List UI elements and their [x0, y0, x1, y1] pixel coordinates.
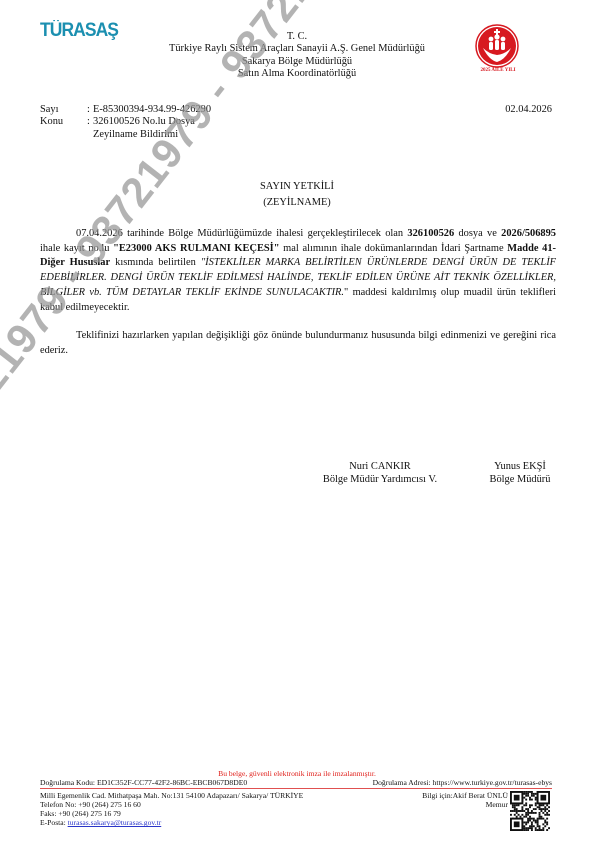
emblem-caption: 2025 AİLE YILI [463, 68, 533, 73]
document-date: 02.04.2026 [505, 104, 552, 115]
body-run: ihale kayıt no.lu [40, 243, 113, 254]
contact-block: Milli Egemenlik Cad. Mithatpaşa Mah. No:… [40, 791, 303, 827]
konu-value: 326100526 No.lu Dosya Zeyilname Bildirim… [93, 116, 233, 141]
info-contact-name: Bilgi için:Akif Berat ÜNLÜ [422, 791, 508, 800]
document-meta: Sayı : E-85300394-934.99-426290 Konu : 3… [40, 104, 343, 141]
sayi-label: Sayı [40, 104, 87, 116]
title-salutation: SAYIN YETKİLİ [0, 179, 594, 195]
verification-code: Doğrulama Kodu: ED1C352F-CC77-42F2-86BC-… [40, 778, 247, 787]
signatory-name: Nuri CANKIR [300, 460, 460, 473]
document-body: 07.04.2026 tarihinde Bölge Müdürlüğümüzd… [40, 227, 556, 359]
meta-row-sayi: Sayı : E-85300394-934.99-426290 [40, 104, 343, 116]
body-run: mal alımının ihale dokümanlarından İdari… [279, 243, 507, 254]
email-row: E-Posta: turasas.sakarya@turasas.gov.tr [40, 818, 303, 827]
signatory-title: Bölge Müdür Yardımcısı V. [300, 473, 460, 486]
email-link[interactable]: turasas.sakarya@turasas.gov.tr [68, 818, 162, 827]
signature-director: Yunus EKŞİ Bölge Müdürü [460, 460, 580, 486]
verification-address: Doğrulama Adresi: https://www.turkiye.go… [373, 778, 552, 787]
emphasis-bold: 2026/506895 [501, 228, 556, 239]
emphasis-bold: 326100526 [407, 228, 454, 239]
body-run: 07.04.2026 tarihinde Bölge Müdürlüğümüzd… [76, 228, 407, 239]
body-paragraph-2: Teklifinizi hazırlarken yapılan değişikl… [40, 329, 556, 358]
document-title: SAYIN YETKİLİ (ZEYİLNAME) [0, 179, 594, 210]
info-contact-role: Memur [422, 800, 508, 809]
email-label: E-Posta: [40, 818, 68, 827]
emphasis-bold: "E23000 AKS RULMANI KEÇESİ" [113, 243, 279, 254]
verification-row: Doğrulama Kodu: ED1C352F-CC77-42F2-86BC-… [40, 778, 552, 787]
body-paragraph-1: 07.04.2026 tarihinde Bölge Müdürlüğümüzd… [40, 227, 556, 315]
body-run: kısmında belirtilen [110, 257, 201, 268]
sayi-value: E-85300394-934.99-426290 [93, 104, 343, 116]
title-subject: (ZEYİLNAME) [0, 195, 594, 211]
signature-deputy: Nuri CANKIR Bölge Müdür Yardımcısı V. [300, 460, 460, 486]
signatory-name: Yunus EKŞİ [460, 460, 580, 473]
info-contact: Bilgi için:Akif Berat ÜNLÜ Memur [422, 791, 508, 809]
signatory-title: Bölge Müdürü [460, 473, 580, 486]
fax: Faks: +90 (264) 275 16 79 [40, 809, 303, 818]
phone: Telefon No: +90 (264) 275 16 60 [40, 800, 303, 809]
esign-notice: Bu belge, güvenli elektronik imza ile im… [0, 769, 594, 778]
address: Milli Egemenlik Cad. Mithatpaşa Mah. No:… [40, 791, 303, 800]
konu-label: Konu [40, 116, 87, 141]
footer-divider [40, 788, 552, 789]
qr-code-icon [510, 791, 550, 831]
body-run: dosya ve [454, 228, 501, 239]
document-page: TÜRASAŞ T. C. Türkiye Raylı Sistem Araçl… [0, 0, 594, 841]
meta-row-konu: Konu : 326100526 No.lu Dosya Zeyilname B… [40, 116, 343, 141]
